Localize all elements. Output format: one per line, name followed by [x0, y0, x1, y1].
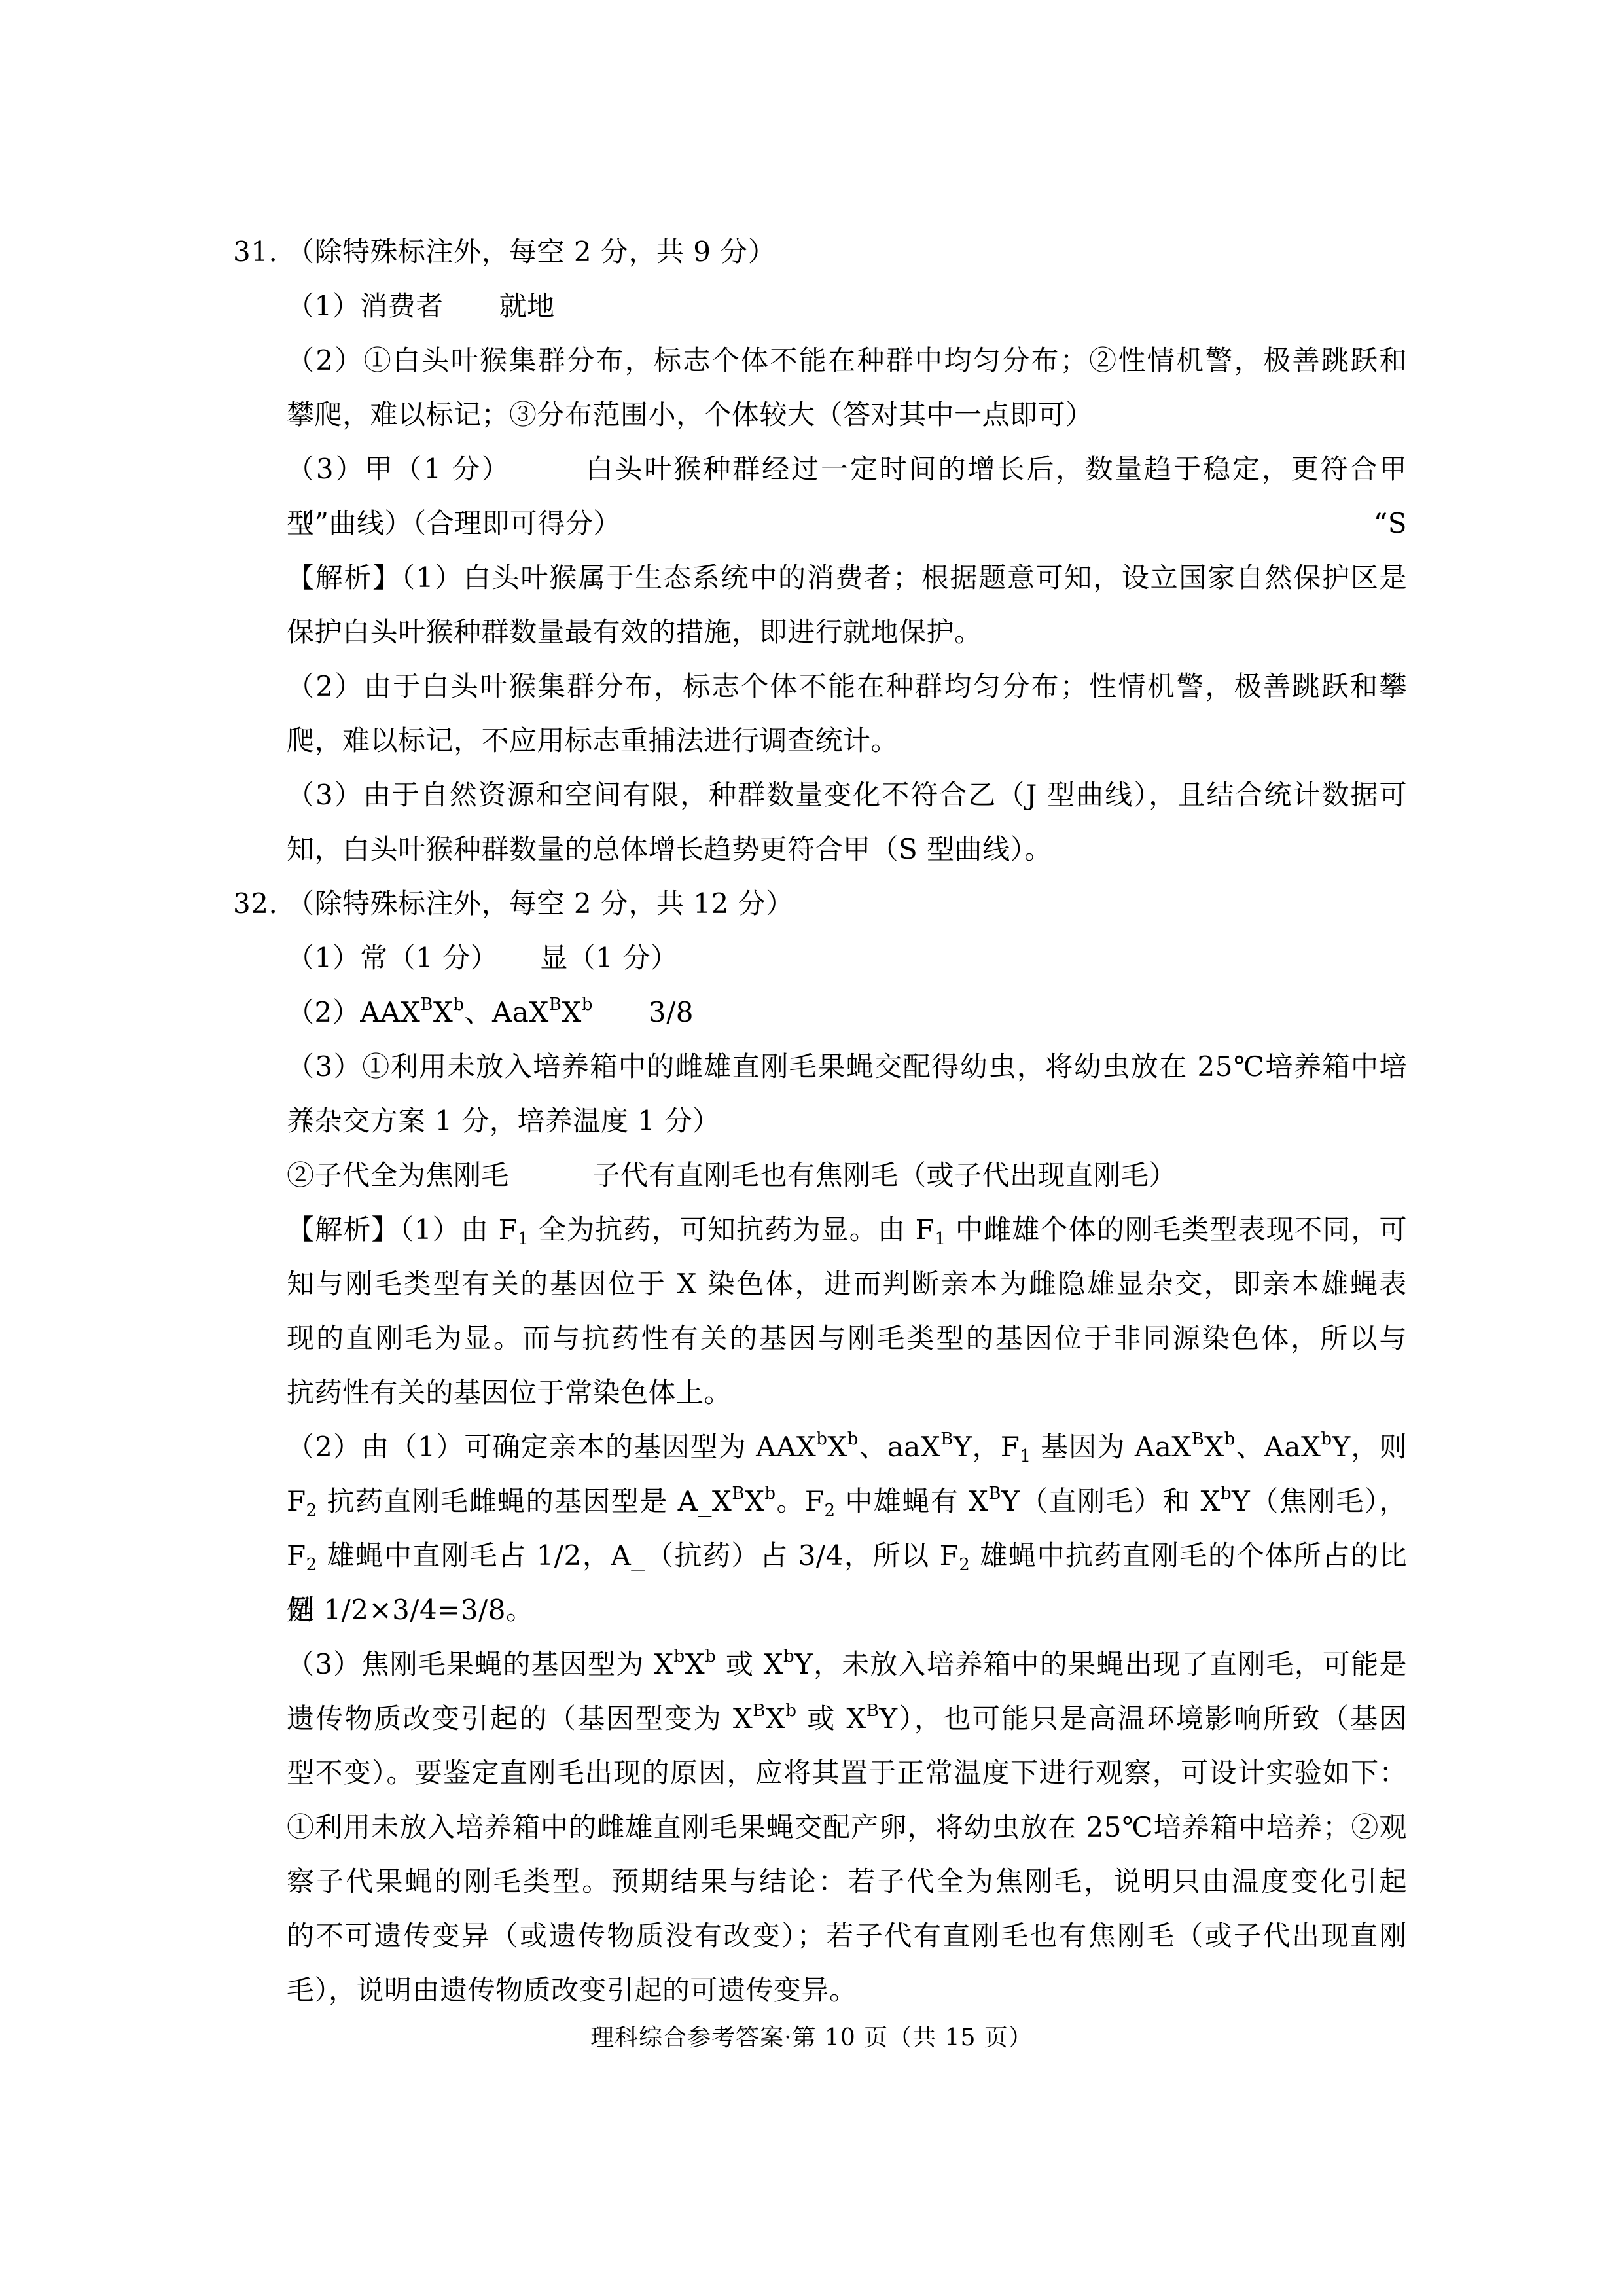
text-line: （1）常（1 分） 显（1 分）	[0, 931, 1623, 985]
line-text: 知与刚毛类型有关的基因位于 X 染色体，进而判断亲本为雌隐雄显杂交，即亲本雄蝇表	[287, 1268, 1407, 1300]
question-number: 32.	[233, 876, 277, 931]
line-text: （2）由（1）可确定亲本的基因型为 AAXbXb、aaXBY，F1 基因为 Aa…	[287, 1431, 1407, 1463]
text-line: 型不变）。要鉴定直刚毛出现的原因，应将其置于正常温度下进行观察，可设计实验如下：	[0, 1746, 1623, 1800]
line-text: （2）AAXBXb、AaXBXb 3/8	[287, 996, 694, 1028]
text-line: 是 1/2×3/4=3/8。	[0, 1583, 1623, 1637]
line-text: （2）①白头叶猴集群分布，标志个体不能在种群中均匀分布；②性情机警，极善跳跃和	[287, 344, 1407, 376]
text-line: F2 雄蝇中直刚毛占 1/2，A_（抗药）占 3/4，所以 F2 雄蝇中抗药直刚…	[0, 1528, 1623, 1583]
text-line: 型”曲线）（合理即可得分）	[0, 496, 1623, 550]
line-text: （除特殊标注外，每空 2 分，共 9 分）	[287, 236, 776, 268]
text-line: 察子代果蝇的刚毛类型。预期结果与结论：若子代全为焦刚毛，说明只由温度变化引起	[0, 1854, 1623, 1909]
text-line: 的不可遗传变异（或遗传物质没有改变）；若子代有直刚毛也有焦刚毛（或子代出现直刚	[0, 1909, 1623, 1963]
text-line: （杂交方案 1 分，培养温度 1 分）	[0, 1094, 1623, 1148]
text-line: 知与刚毛类型有关的基因位于 X 染色体，进而判断亲本为雌隐雄显杂交，即亲本雄蝇表	[0, 1257, 1623, 1311]
text-line: 【解析】（1）白头叶猴属于生态系统中的消费者；根据题意可知，设立国家自然保护区是	[0, 550, 1623, 605]
line-text: （3）焦刚毛果蝇的基因型为 XbXb 或 XbY，未放入培养箱中的果蝇出现了直刚…	[287, 1648, 1407, 1680]
text-line: 爬，难以标记，不应用标志重捕法进行调查统计。	[0, 713, 1623, 768]
line-text: 毛），说明由遗传物质改变引起的可遗传变异。	[287, 1974, 857, 2006]
line-text: 型不变）。要鉴定直刚毛出现的原因，应将其置于正常温度下进行观察，可设计实验如下：	[287, 1757, 1407, 1789]
line-text: 遗传物质改变引起的（基因型变为 XBXb 或 XBY），也可能只是高温环境影响所…	[287, 1702, 1407, 1734]
text-line: （3）①利用未放入培养箱中的雌雄直刚毛果蝇交配得幼虫，将幼虫放在 25℃培养箱中…	[0, 1039, 1623, 1094]
line-text: 攀爬，难以标记；③分布范围小，个体较大（答对其中一点即可）	[287, 399, 1094, 431]
line-text: ①利用未放入培养箱中的雌雄直刚毛果蝇交配产卵，将幼虫放在 25℃培养箱中培养；②…	[287, 1811, 1407, 1843]
text-line: （2）①白头叶猴集群分布，标志个体不能在种群中均匀分布；②性情机警，极善跳跃和	[0, 333, 1623, 387]
text-line: 保护白头叶猴种群数量最有效的措施，即进行就地保护。	[0, 605, 1623, 659]
text-line: （2）由（1）可确定亲本的基因型为 AAXbXb、aaXBY，F1 基因为 Aa…	[0, 1420, 1623, 1474]
answer-sheet-page: 31. （除特殊标注外，每空 2 分，共 9 分） （1）消费者 就地 （2）①…	[0, 0, 1623, 2296]
line-text: F2 抗药直刚毛雌蝇的基因型是 A_XBXb。F2 中雄蝇有 XBY（直刚毛）和…	[287, 1485, 1407, 1517]
text-line: 【解析】（1）由 F1 全为抗药，可知抗药为显。由 F1 中雌雄个体的刚毛类型表…	[0, 1202, 1623, 1257]
line-text: （2）由于白头叶猴集群分布，标志个体不能在种群均匀分布；性情机警，极善跳跃和攀	[287, 670, 1407, 702]
text-line: 32. （除特殊标注外，每空 2 分，共 12 分）	[0, 876, 1623, 931]
text-line: 抗药性有关的基因位于常染色体上。	[0, 1365, 1623, 1420]
line-text: 型”曲线）（合理即可得分）	[287, 507, 621, 539]
line-text: 是 1/2×3/4=3/8。	[287, 1594, 534, 1626]
text-line: （3）由于自然资源和空间有限，种群数量变化不符合乙（J 型曲线），且结合统计数据…	[0, 768, 1623, 822]
text-line: 攀爬，难以标记；③分布范围小，个体较大（答对其中一点即可）	[0, 387, 1623, 442]
text-line: 毛），说明由遗传物质改变引起的可遗传变异。	[0, 1963, 1623, 2017]
text-line: F2 抗药直刚毛雌蝇的基因型是 A_XBXb。F2 中雄蝇有 XBY（直刚毛）和…	[0, 1474, 1623, 1528]
line-text: 知，白头叶猴种群数量的总体增长趋势更符合甲（S 型曲线）。	[287, 833, 1052, 865]
line-text: ②子代全为焦刚毛 子代有直刚毛也有焦刚毛（或子代出现直刚毛）	[287, 1159, 1177, 1191]
text-line: 知，白头叶猴种群数量的总体增长趋势更符合甲（S 型曲线）。	[0, 822, 1623, 876]
text-line: （2）AAXBXb、AaXBXb 3/8	[0, 985, 1623, 1039]
line-text: 抗药性有关的基因位于常染色体上。	[287, 1376, 732, 1408]
question-number: 31.	[233, 224, 277, 279]
text-line: （3）焦刚毛果蝇的基因型为 XbXb 或 XbY，未放入培养箱中的果蝇出现了直刚…	[0, 1637, 1623, 1691]
text-line: ①利用未放入培养箱中的雌雄直刚毛果蝇交配产卵，将幼虫放在 25℃培养箱中培养；②…	[0, 1800, 1623, 1854]
line-text: 的不可遗传变异（或遗传物质没有改变）；若子代有直刚毛也有焦刚毛（或子代出现直刚	[287, 1920, 1407, 1952]
text-line: 31. （除特殊标注外，每空 2 分，共 9 分）	[0, 224, 1623, 279]
document-content: 31. （除特殊标注外，每空 2 分，共 9 分） （1）消费者 就地 （2）①…	[0, 224, 1623, 2017]
text-line: （2）由于白头叶猴集群分布，标志个体不能在种群均匀分布；性情机警，极善跳跃和攀	[0, 659, 1623, 713]
text-line: （1）消费者 就地	[0, 279, 1623, 333]
page-footer: 理科综合参考答案·第 10 页（共 15 页）	[0, 2024, 1623, 2053]
line-text: （除特殊标注外，每空 2 分，共 12 分）	[287, 888, 794, 920]
line-text: （1）常（1 分） 显（1 分）	[287, 942, 678, 974]
text-line: （3）甲（1 分） 白头叶猴种群经过一定时间的增长后，数量趋于稳定，更符合甲（“…	[0, 442, 1623, 496]
line-text: （1）消费者 就地	[287, 290, 555, 322]
line-text: （3）由于自然资源和空间有限，种群数量变化不符合乙（J 型曲线），且结合统计数据…	[287, 779, 1407, 811]
line-text: 察子代果蝇的刚毛类型。预期结果与结论：若子代全为焦刚毛，说明只由温度变化引起	[287, 1865, 1407, 1897]
text-line: ②子代全为焦刚毛 子代有直刚毛也有焦刚毛（或子代出现直刚毛）	[0, 1148, 1623, 1202]
line-text: （杂交方案 1 分，培养温度 1 分）	[287, 1105, 720, 1137]
line-text: 【解析】（1）白头叶猴属于生态系统中的消费者；根据题意可知，设立国家自然保护区是	[287, 562, 1407, 594]
line-text: 现的直刚毛为显。而与抗药性有关的基因与刚毛类型的基因位于非同源染色体，所以与	[287, 1322, 1407, 1354]
line-text: 【解析】（1）由 F1 全为抗药，可知抗药为显。由 F1 中雌雄个体的刚毛类型表…	[287, 1213, 1407, 1246]
text-line: 现的直刚毛为显。而与抗药性有关的基因与刚毛类型的基因位于非同源染色体，所以与	[0, 1311, 1623, 1365]
text-line: 遗传物质改变引起的（基因型变为 XBXb 或 XBY），也可能只是高温环境影响所…	[0, 1691, 1623, 1746]
line-text: 保护白头叶猴种群数量最有效的措施，即进行就地保护。	[287, 616, 982, 648]
line-text: 爬，难以标记，不应用标志重捕法进行调查统计。	[287, 725, 899, 757]
